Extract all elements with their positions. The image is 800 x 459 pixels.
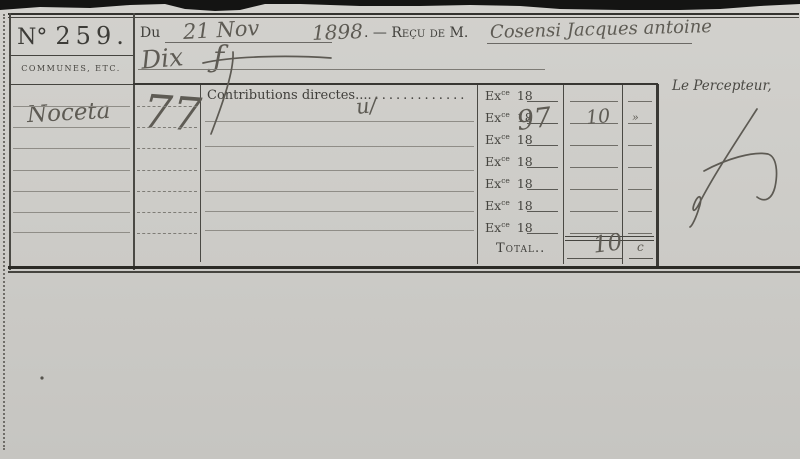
year-blank-line (527, 145, 558, 146)
scanned-receipt: N°259. COMMUNES, ETC. Du 21 Nov 1898 . —… (0, 0, 800, 459)
ruled-line (205, 191, 474, 192)
year-blank-line (527, 211, 558, 212)
ruled-line (13, 170, 130, 171)
column-divider-1 (133, 13, 135, 270)
francs-blank-line (570, 145, 618, 146)
exercise-row: Exce18 (483, 132, 656, 154)
date-underline (165, 42, 332, 43)
total-label: Total.. (496, 241, 545, 256)
receipt-number: N°259. (14, 22, 132, 50)
top-double-rule-1 (8, 13, 799, 15)
dotted-ruled-line (137, 233, 197, 234)
bottom-heavy-rule-1 (8, 266, 800, 269)
ruled-line (13, 106, 130, 107)
centimes-blank-line (628, 189, 652, 190)
centimes-mark-handwritten: » (632, 111, 639, 124)
contributions-line: Contributions directes................. (207, 88, 473, 103)
left-border (9, 13, 11, 270)
centimes-blank-line (628, 167, 652, 168)
dotted-ruled-line (137, 212, 197, 213)
dotted-ruled-line (137, 170, 197, 171)
exercise-label: Exce18 (485, 154, 533, 169)
exercise-label: Exce18 (485, 220, 533, 235)
ruled-line (13, 232, 130, 233)
ruled-line (205, 146, 474, 147)
table-right-border (656, 84, 659, 268)
francs-value-handwritten: 10 (585, 105, 611, 129)
francs-blank-line (570, 167, 618, 168)
exercise-label: Exce18 (485, 132, 533, 147)
communes-label: COMMUNES, ETC. (9, 64, 133, 73)
ruled-line (205, 230, 474, 231)
exercise-row: Exce18 (483, 154, 656, 176)
exercise-row: Exce18 (483, 88, 656, 110)
centimes-blank-line (628, 211, 652, 212)
commune-name-handwritten: Noceta (26, 98, 111, 128)
centimes-blank-line (628, 101, 652, 102)
ruled-line (13, 191, 130, 192)
ditto-mark-handwritten: u/ (355, 93, 378, 119)
francs-blank-line (570, 211, 618, 212)
francs-blank-line (570, 101, 618, 102)
ruled-line (13, 127, 130, 128)
payer-underline (487, 43, 692, 44)
total-francs-handwritten: 10 (592, 229, 624, 258)
article-number-handwritten: 77 (141, 84, 203, 142)
year-blank-line (527, 233, 558, 234)
exercise-row: Exce18 (483, 198, 656, 220)
exercise-row: Exce18 (483, 176, 656, 198)
recu-de-m-label: . — Reçu de M. (364, 25, 468, 41)
francs-blank-line (570, 189, 618, 190)
year-blank-line (527, 167, 558, 168)
dotted-ruled-line (137, 106, 197, 107)
perforated-stub-edge (3, 14, 5, 450)
ruled-line (13, 212, 130, 213)
centimes-blank-line (628, 145, 652, 146)
number-box-rule (9, 55, 133, 56)
ruled-line (205, 170, 474, 171)
exercise-label: Exce18 (485, 198, 533, 213)
receipt-number-label: N° (17, 25, 47, 50)
total-francs-underline (567, 258, 622, 259)
amount-underline (138, 69, 545, 70)
exercise-row: Exce18 97 10 » (483, 110, 656, 132)
exercise-label: Exce18 (485, 88, 533, 103)
dotted-ruled-line (137, 191, 197, 192)
year-blank-line (527, 189, 558, 190)
table-top-rule (133, 83, 658, 85)
dotted-ruled-line (137, 148, 197, 149)
contributions-directes-label: Contributions directes... (207, 88, 367, 103)
du-label: Du (140, 25, 160, 41)
ruled-line (205, 121, 474, 122)
exercise-label: Exce18 (485, 176, 533, 191)
receipt-number-value: 259. (55, 22, 128, 50)
communes-box-rule (9, 84, 134, 85)
centimes-blank-line (628, 233, 652, 234)
bottom-heavy-rule-2 (8, 271, 800, 273)
ruled-line (205, 211, 474, 212)
dot-leaders: .............. (367, 88, 467, 103)
column-divider-3 (477, 84, 478, 264)
total-centimes-underline (629, 258, 653, 259)
percepteur-label: Le Percepteur, (672, 78, 772, 94)
dotted-ruled-line (137, 127, 197, 128)
total-centimes-mark: c (637, 240, 644, 254)
ruled-line (13, 148, 130, 149)
